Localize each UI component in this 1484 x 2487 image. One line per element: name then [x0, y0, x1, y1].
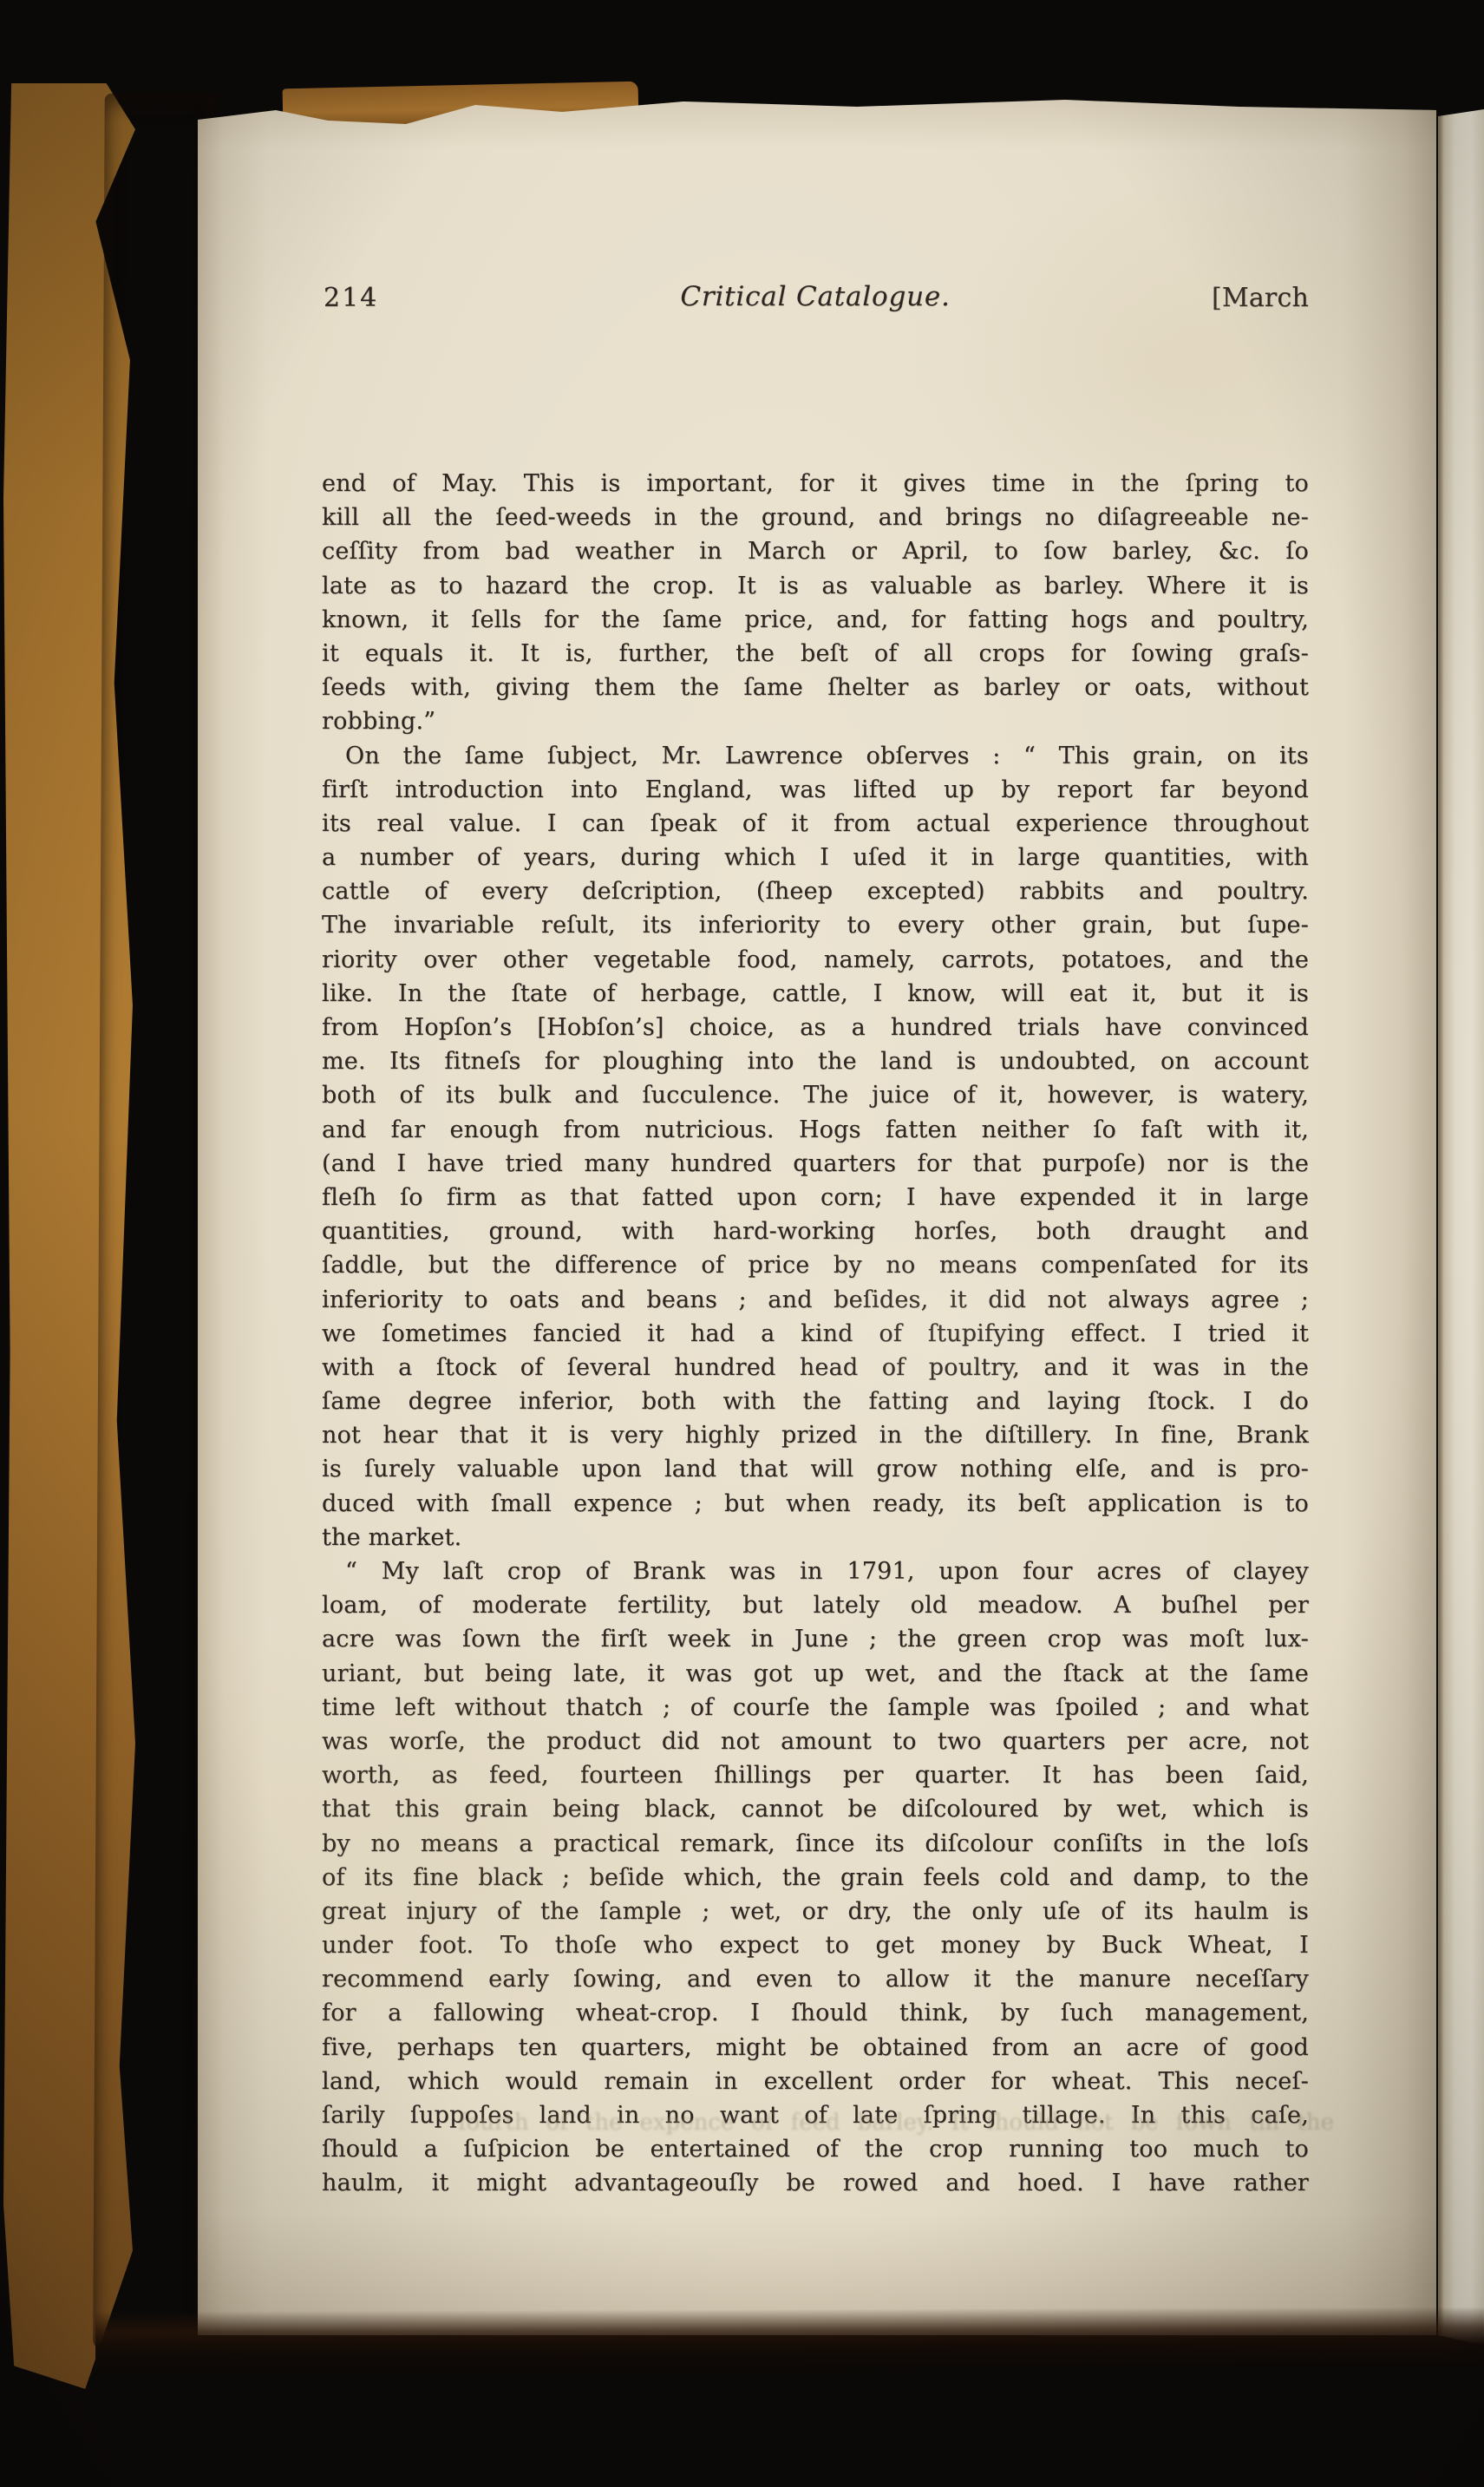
- text-line: On the ſame ſubject, Mr. Lawrence obſerv…: [322, 739, 1309, 773]
- text-line: inferiority to oats and beans ; and beſi…: [322, 1283, 1309, 1317]
- text-line: haulm, it might advantageouſly be rowed …: [322, 2166, 1309, 2200]
- text-line: The invariable reſult, its inferiority t…: [322, 908, 1309, 942]
- show-through-text: fourth of the expence of feed barley. It…: [458, 2110, 1334, 2136]
- text-line: great injury of the ſample ; wet, or dry…: [322, 1895, 1309, 1928]
- text-line: “ My laſt crop of Brank was in 1791, upo…: [322, 1554, 1309, 1588]
- text-line: ſaddle, but the difference of price by n…: [322, 1248, 1309, 1282]
- running-title: Critical Catalogue.: [322, 281, 1309, 312]
- text-line: like. In the ſtate of herbage, cattle, I…: [322, 977, 1309, 1011]
- text-line: of its fine black ; beſide which, the gr…: [322, 1861, 1309, 1895]
- page-bottom-shadow: [95, 2307, 1484, 2372]
- text-line: riority over other vegetable food, namel…: [322, 943, 1309, 977]
- text-line: is ſurely valuable upon land that will g…: [322, 1452, 1309, 1486]
- text-line: from Hopſon’s [Hobſon’s] choice, as a hu…: [322, 1011, 1309, 1044]
- text-line: loam, of moderate fertility, but lately …: [322, 1588, 1309, 1622]
- text-line: ſame degree inferior, both with the fatt…: [322, 1384, 1309, 1418]
- text-line: land, which would remain in excellent or…: [322, 2065, 1309, 2098]
- text-line: ſhould a ſuſpicion be entertained of the…: [322, 2132, 1309, 2166]
- text-line: both of its bulk and ſucculence. The jui…: [322, 1078, 1309, 1112]
- text-line: uriant, but being late, it was got up we…: [322, 1657, 1309, 1691]
- page-header: 214 Critical Catalogue. [March: [322, 283, 1309, 319]
- paragraph: “ My laſt crop of Brank was in 1791, upo…: [322, 1554, 1309, 2201]
- text-line: cattle of every deſcription, (ſheep exce…: [322, 874, 1309, 908]
- text-line: with a ſtock of ſeveral hundred head of …: [322, 1351, 1309, 1384]
- month-label: [March: [1212, 283, 1309, 313]
- body-text: end of May. This is important, for it gi…: [322, 467, 1309, 2201]
- text-line: five, perhaps ten quarters, might be obt…: [322, 2031, 1309, 2065]
- paragraph: end of May. This is important, for it gi…: [322, 467, 1309, 739]
- text-line: by no means a practical remark, ſince it…: [322, 1827, 1309, 1861]
- text-line: its real value. I can ſpeak of it from a…: [322, 807, 1309, 841]
- text-line: quantities, ground, with hard-working ho…: [322, 1214, 1309, 1248]
- text-line: duced with ſmall expence ; but when read…: [322, 1487, 1309, 1521]
- text-line: a number of years, during which I uſed i…: [322, 841, 1309, 874]
- text-line: we ſometimes fancied it had a kind of ſt…: [322, 1317, 1309, 1351]
- text-line: ceſſity from bad weather in March or Apr…: [322, 534, 1309, 568]
- text-line: fleſh ſo firm as that fatted upon corn; …: [322, 1181, 1309, 1214]
- text-line: was worſe, the product did not amount to…: [322, 1725, 1309, 1758]
- text-line: me. Its fitneſs for ploughing into the l…: [322, 1044, 1309, 1078]
- paragraph: On the ſame ſubject, Mr. Lawrence obſerv…: [322, 739, 1309, 1555]
- page-stack-fore-edge: [93, 94, 216, 2350]
- text-line: end of May. This is important, for it gi…: [322, 467, 1309, 501]
- text-line: acre was ſown the firſt week in June ; t…: [322, 1622, 1309, 1656]
- text-line: and far enough from nutricious. Hogs fat…: [322, 1113, 1309, 1147]
- adjacent-page-sliver: [1438, 109, 1484, 2346]
- text-line: that this grain being black, cannot be d…: [322, 1792, 1309, 1826]
- text-line: time left without thatch ; of courſe the…: [322, 1691, 1309, 1725]
- text-line: firſt introduction into England, was lif…: [322, 773, 1309, 807]
- text-line: it equals it. It is, further, the beſt o…: [322, 637, 1309, 671]
- text-line: late as to hazard the crop. It is as val…: [322, 569, 1309, 603]
- text-line: kill all the ſeed-weeds in the ground, a…: [322, 501, 1309, 534]
- text-line: not hear that it is very highly prized i…: [322, 1418, 1309, 1452]
- photo-background: { "page": { "header": { "page_number": "…: [0, 0, 1484, 2487]
- book-page: 214 Critical Catalogue. [March end of Ma…: [198, 97, 1436, 2335]
- text-line: under foot. To thoſe who expect to get m…: [322, 1928, 1309, 1962]
- text-line: ſeeds with, giving them the ſame ſhelter…: [322, 671, 1309, 704]
- text-line: known, it ſells for the ſame price, and,…: [322, 603, 1309, 637]
- text-line: (and I have tried many hundred quarters …: [322, 1147, 1309, 1181]
- text-line: robbing.”: [322, 704, 1309, 738]
- text-line: recommend early ſowing, and even to allo…: [322, 1962, 1309, 1996]
- text-line: for a fallowing wheat-crop. I ſhould thi…: [322, 1996, 1309, 2030]
- text-line: the market.: [322, 1521, 1309, 1554]
- text-line: worth, as feed, fourteen ſhillings per q…: [322, 1758, 1309, 1792]
